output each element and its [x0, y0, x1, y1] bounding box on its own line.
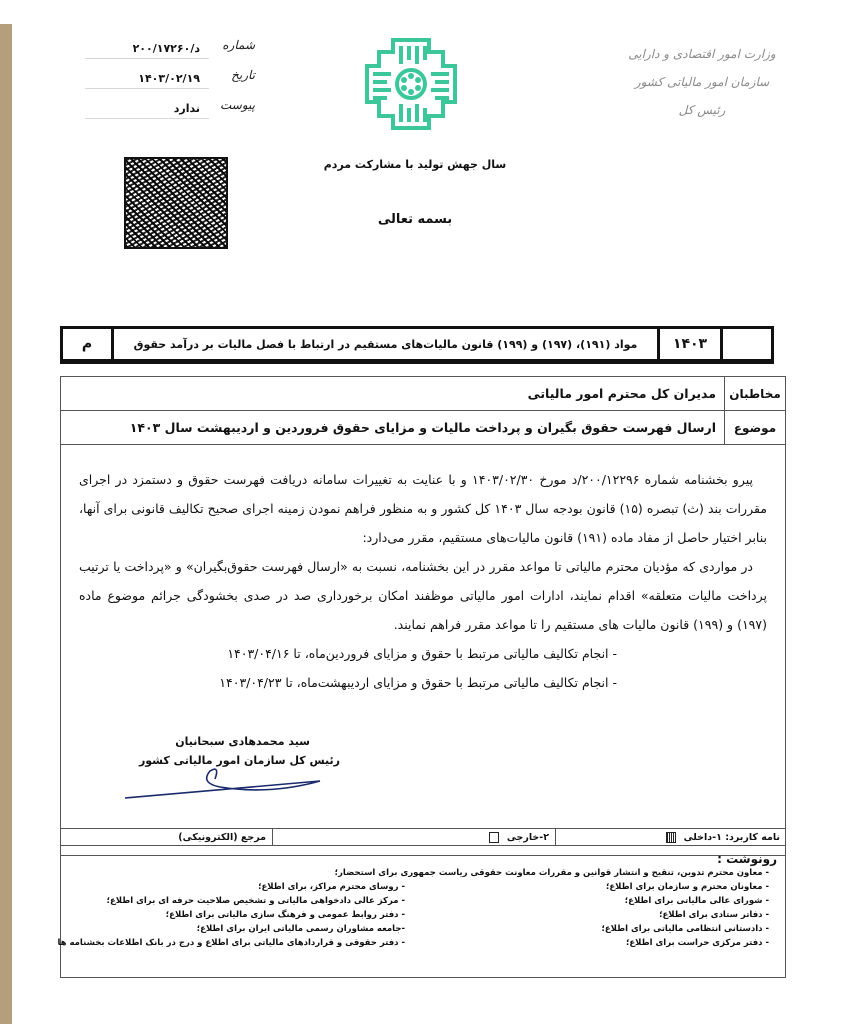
org-line: سازمان امور مالیاتی کشور [612, 68, 792, 96]
cc-item: - شورای عالی مالیاتی برای اطلاع؛ [405, 894, 785, 908]
signature-block: سید محمدهادی سبحانیان رئیس کل سازمان امو… [120, 735, 340, 805]
attachment-line [85, 118, 209, 119]
cc-item: -جامعه مشاوران رسمی مالیاتی ایران برای ا… [57, 922, 405, 936]
cc-left-column: - روسای محترم مراکز، برای اطلاع؛ - مرکز … [57, 866, 405, 950]
addressee-row: مخاطبان مدیران کل محترم امور مالیاتی [61, 377, 785, 411]
paragraph: در مواردی که مؤدیان محترم مالیاتی تا موا… [79, 552, 767, 639]
classification-row: نامه کاربرد: ۱-داخلی ۲-خارجی مرجع (الکتر… [60, 828, 786, 846]
external-cell: ۲-خارجی [272, 829, 556, 845]
subject: ارسال فهرست حقوق بگیران و پرداخت مالیات … [61, 411, 724, 444]
date-label: تاریخ [231, 68, 255, 82]
date-line [85, 88, 209, 89]
external-checkbox[interactable] [489, 832, 499, 843]
number-value: د/۲۰۰/۱۷۲۶۰ [130, 42, 203, 55]
org-line: رئیس کل [612, 96, 792, 124]
cc-item: - دفتر روابط عمومی و فرهنگ سازی مالیاتی … [57, 908, 405, 922]
circular-title-bar: ۱۴۰۳ مواد (۱۹۱)، (۱۹۷) و (۱۹۹) قانون مال… [60, 326, 774, 362]
reference-label: مرجع (الکترونیکی) [178, 832, 266, 843]
cc-columns: - معاون محترم تدوین، تنقیح و انتشار قوان… [61, 866, 785, 950]
signature-icon [120, 763, 340, 803]
year-motto: سال جهش تولید با مشارکت مردم [300, 158, 530, 171]
letter-text: پیرو بخشنامه شماره ۲۰۰/۱۲۲۹۶/د مورخ ۱۴۰۳… [61, 445, 785, 697]
internal-checkbox[interactable] [666, 832, 676, 843]
title-year: ۱۴۰۳ [657, 329, 720, 359]
title-empty-cell [720, 329, 771, 359]
deadline-item: - انجام تکالیف مالیاتی مرتبط با حقوق و م… [79, 639, 767, 668]
basmala: بسمه تعالی [330, 212, 500, 227]
cc-heading: رونوشت : [61, 846, 785, 866]
addressee-label: مخاطبان [724, 377, 785, 410]
letter-meta: شماره د/۲۰۰/۱۷۲۶۰ تاریخ ۱۴۰۳/۰۲/۱۹ پیوست… [85, 38, 255, 128]
attachment-row: پیوست ندارد [85, 98, 255, 128]
cc-item: - دفاتر ستادی برای اطلاع؛ [405, 908, 785, 922]
external-label: ۲-خارجی [507, 832, 549, 843]
circular-title: مواد (۱۹۱)، (۱۹۷) و (۱۹۹) قانون مالیات‌ه… [111, 329, 657, 359]
cc-item: - دفتر مرکزی حراست برای اطلاع؛ [405, 936, 785, 950]
cc-section: رونوشت : - معاون محترم تدوین، تنقیح و ان… [60, 846, 786, 978]
reference-cell: مرجع (الکترونیکی) [60, 829, 272, 845]
cc-right-column: - معاون محترم تدوین، تنقیح و انتشار قوان… [405, 866, 785, 950]
title-code: م [63, 329, 111, 359]
number-label: شماره [222, 38, 255, 52]
paragraph: پیرو بخشنامه شماره ۲۰۰/۱۲۲۹۶/د مورخ ۱۴۰۳… [79, 465, 767, 552]
cc-item: - دفتر حقوقی و قراردادهای مالیاتی برای ا… [57, 936, 405, 950]
addressee: مدیران کل محترم امور مالیاتی [61, 377, 724, 410]
doc-type: نامه کاربرد: ۱-داخلی [684, 832, 780, 843]
org-line: وزارت امور اقتصادی و دارایی [612, 40, 792, 68]
attachment-label: پیوست [220, 98, 255, 112]
number-row: شماره د/۲۰۰/۱۷۲۶۰ [85, 38, 255, 68]
signer-name: سید محمدهادی سبحانیان [120, 735, 340, 748]
cc-item: - دادستانی انتظامی مالیاتی برای اطلاع؛ [405, 922, 785, 936]
cc-item: - مرکز عالی دادخواهی مالیاتی و تشخیص صلا… [57, 894, 405, 908]
scan-edge [0, 24, 12, 1024]
date-row: تاریخ ۱۴۰۳/۰۲/۱۹ [85, 68, 255, 98]
cc-item: - معاونان محترم و سازمان برای اطلاع؛ [405, 880, 785, 894]
date-value: ۱۴۰۳/۰۲/۱۹ [135, 72, 203, 85]
attachment-value: ندارد [171, 102, 203, 115]
deadline-item: - انجام تکالیف مالیاتی مرتبط با حقوق و م… [79, 668, 767, 697]
cc-item: - معاون محترم تدوین، تنقیح و انتشار قوان… [405, 866, 785, 880]
cc-item: - روسای محترم مراکز، برای اطلاع؛ [57, 880, 405, 894]
doc-type-cell: نامه کاربرد: ۱-داخلی [556, 829, 786, 845]
qr-code [124, 157, 228, 249]
tax-organization-logo-icon [363, 36, 459, 132]
subject-row: موضوع ارسال فهرست حقوق بگیران و پرداخت م… [61, 411, 785, 445]
subject-label: موضوع [724, 411, 785, 444]
organization-header: وزارت امور اقتصادی و دارایی سازمان امور … [612, 40, 792, 124]
number-line [85, 58, 209, 59]
